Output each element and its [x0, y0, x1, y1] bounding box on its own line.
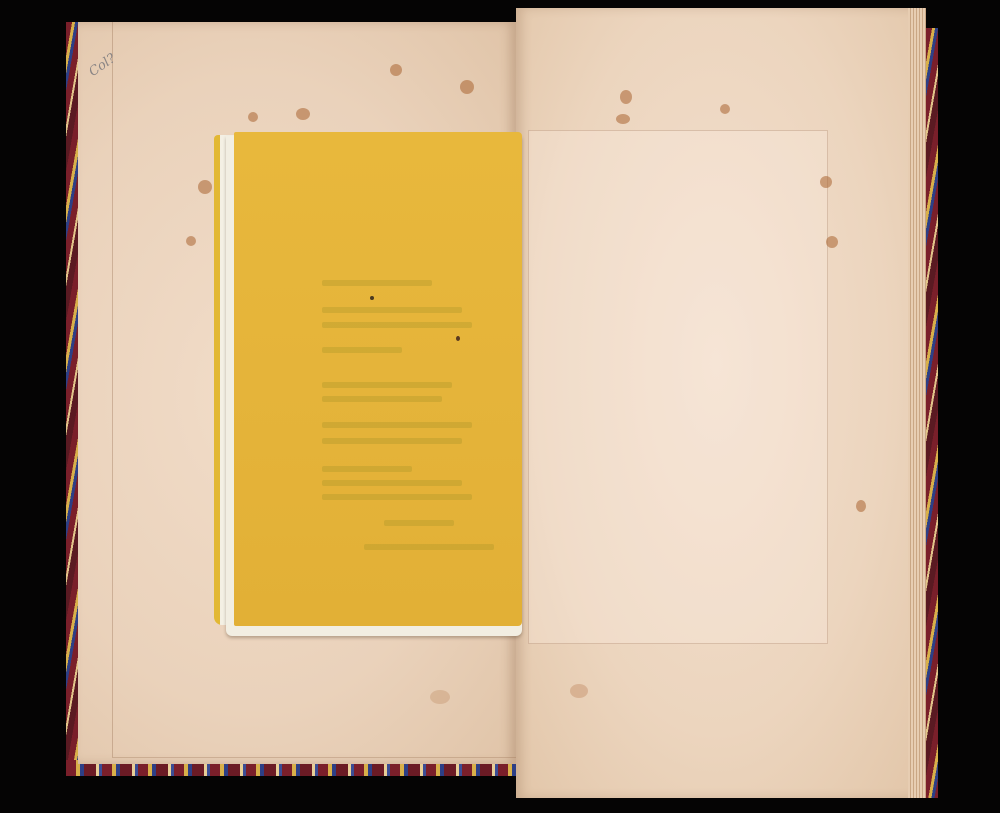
- foxing-spot: [390, 64, 402, 76]
- foxing-spot: [620, 90, 632, 104]
- foxing-spot: [460, 80, 474, 94]
- ink-speck: [370, 296, 374, 300]
- foxing-spot: [570, 684, 588, 698]
- foxing-spot: [186, 236, 196, 246]
- foxing-spot: [296, 108, 310, 120]
- yellow-insert-cover: [234, 132, 522, 626]
- marbled-board-right: [926, 28, 938, 798]
- plate-mark: [528, 130, 828, 644]
- page-edges: [908, 8, 926, 798]
- foxing-spot: [248, 112, 258, 122]
- foxing-spot: [826, 236, 838, 248]
- foxing-spot: [820, 176, 832, 188]
- foxing-spot: [856, 500, 866, 512]
- foxing-spot: [198, 180, 212, 194]
- foxing-spot: [430, 690, 450, 704]
- foxing-spot: [616, 114, 630, 124]
- foxing-spot: [720, 104, 730, 114]
- ink-speck: [456, 336, 460, 341]
